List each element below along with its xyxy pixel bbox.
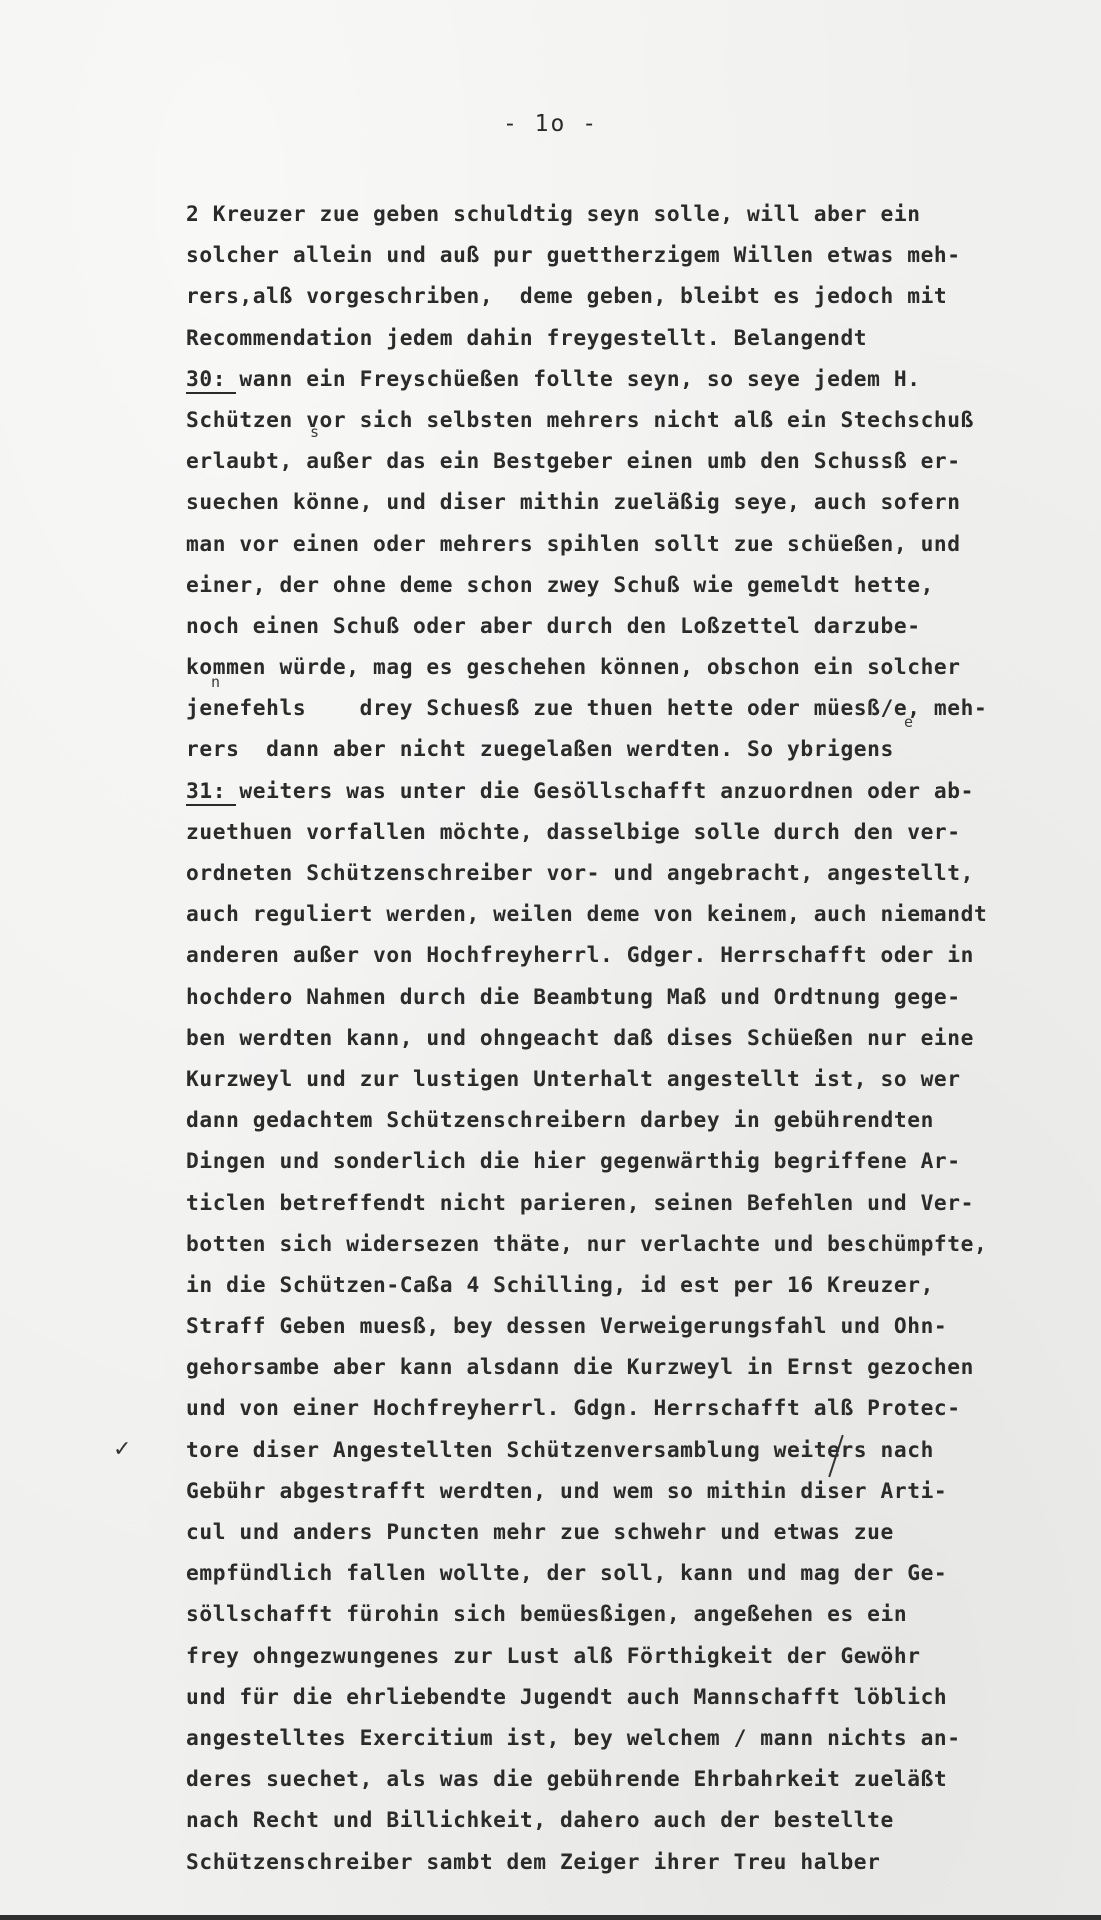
- text-line: suechen könne, und diser mithin zueläßig…: [186, 481, 1076, 522]
- text-line: kommen würde, mag es geschehen können, o…: [186, 646, 1076, 687]
- text-line: dann gedachtem Schützenschreibern darbey…: [186, 1099, 1076, 1140]
- text-line: hochdero Nahmen durch die Beambtung Maß …: [186, 976, 1076, 1017]
- text-line: tore diser Angestellten Schützenversambl…: [186, 1429, 1076, 1470]
- text-line: Kurzweyl und zur lustigen Unterhalt ange…: [186, 1058, 1076, 1099]
- text-line: ticlen betreffendt nicht parieren, seine…: [186, 1182, 1076, 1223]
- page-number: - 1o -: [0, 111, 1101, 137]
- text-line: cul und anders Puncten mehr zue schwehr …: [186, 1511, 1076, 1552]
- text-line: in die Schützen-Caßa 4 Schilling, id est…: [186, 1264, 1076, 1305]
- text-line: ordneten Schützenschreiber vor- und ange…: [186, 852, 1076, 893]
- text-line: noch einen Schuß oder aber durch den Loß…: [186, 605, 1076, 646]
- section-31-underline: [186, 804, 236, 806]
- section-31-line: 31: weiters was unter die Gesöllschafft …: [186, 770, 1076, 811]
- text-line: empfündlich fallen wollte, der soll, kan…: [186, 1552, 1076, 1593]
- text-line: botten sich widersezen thäte, nur verlac…: [186, 1223, 1076, 1264]
- text-line: und von einer Hochfreyherrl. Gdgn. Herrs…: [186, 1387, 1076, 1428]
- text-line: 2 Kreuzer zue geben schuldtig seyn solle…: [186, 193, 1076, 234]
- section-30-line: 30: wann ein Freyschüeßen follte seyn, s…: [186, 358, 1076, 399]
- check-mark-icon: ✓: [113, 1437, 131, 1462]
- correction-superscript-e: e: [904, 715, 913, 730]
- text-line: frey ohngezwungenes zur Lust alß Förthig…: [186, 1635, 1076, 1676]
- text-line: Straff Geben muesß, bey dessen Verweiger…: [186, 1305, 1076, 1346]
- text-line: man vor einen oder mehrers spihlen sollt…: [186, 523, 1076, 564]
- text-line: ben werdten kann, und ohngeacht daß dise…: [186, 1017, 1076, 1058]
- text-line: anderen außer von Hochfreyherrl. Gdger. …: [186, 934, 1076, 975]
- section-30-underline: [186, 392, 236, 394]
- text-line: deres suechet, als was die gebührende Eh…: [186, 1758, 1076, 1799]
- text-line: jenefehls drey Schuesß zue thuen hette o…: [186, 687, 1076, 728]
- document-page: - 1o - 2 Kreuzer zue geben schuldtig sey…: [0, 0, 1101, 1915]
- text-line: söllschafft fürohin sich bemüesßigen, an…: [186, 1593, 1076, 1634]
- text-line: nach Recht und Billichkeit, dahero auch …: [186, 1799, 1076, 1840]
- text-line: angestelltes Exercitium ist, bey welchem…: [186, 1717, 1076, 1758]
- correction-superscript-n: n: [211, 675, 220, 690]
- text-line: auch reguliert werden, weilen deme von k…: [186, 893, 1076, 934]
- text-line: einer, der ohne deme schon zwey Schuß wi…: [186, 564, 1076, 605]
- text-line: Dingen und sonderlich die hier gegenwärt…: [186, 1140, 1076, 1181]
- text-line: rers,alß vorgeschriben, deme geben, blei…: [186, 275, 1076, 316]
- text-line: Gebühr abgestrafft werdten, und wem so m…: [186, 1470, 1076, 1511]
- typed-text-body: 2 Kreuzer zue geben schuldtig seyn solle…: [186, 193, 1076, 1882]
- text-line: Recommendation jedem dahin freygestellt.…: [186, 317, 1076, 358]
- text-line: Schützen vor sich selbsten mehrers nicht…: [186, 399, 1076, 440]
- page-bottom-edge: [0, 1915, 1101, 1920]
- text-line: solcher allein und auß pur guettherzigem…: [186, 234, 1076, 275]
- text-line: erlaubt, außer das ein Bestgeber einen u…: [186, 440, 1076, 481]
- text-line: rers dann aber nicht zuegelaßen werdten.…: [186, 728, 1076, 769]
- text-line: gehorsambe aber kann alsdann die Kurzwey…: [186, 1346, 1076, 1387]
- text-line: und für die ehrliebendte Jugendt auch Ma…: [186, 1676, 1076, 1717]
- correction-superscript-s: s: [310, 425, 319, 440]
- text-line: zuethuen vorfallen möchte, dasselbige so…: [186, 811, 1076, 852]
- text-line: Schützenschreiber sambt dem Zeiger ihrer…: [186, 1841, 1076, 1882]
